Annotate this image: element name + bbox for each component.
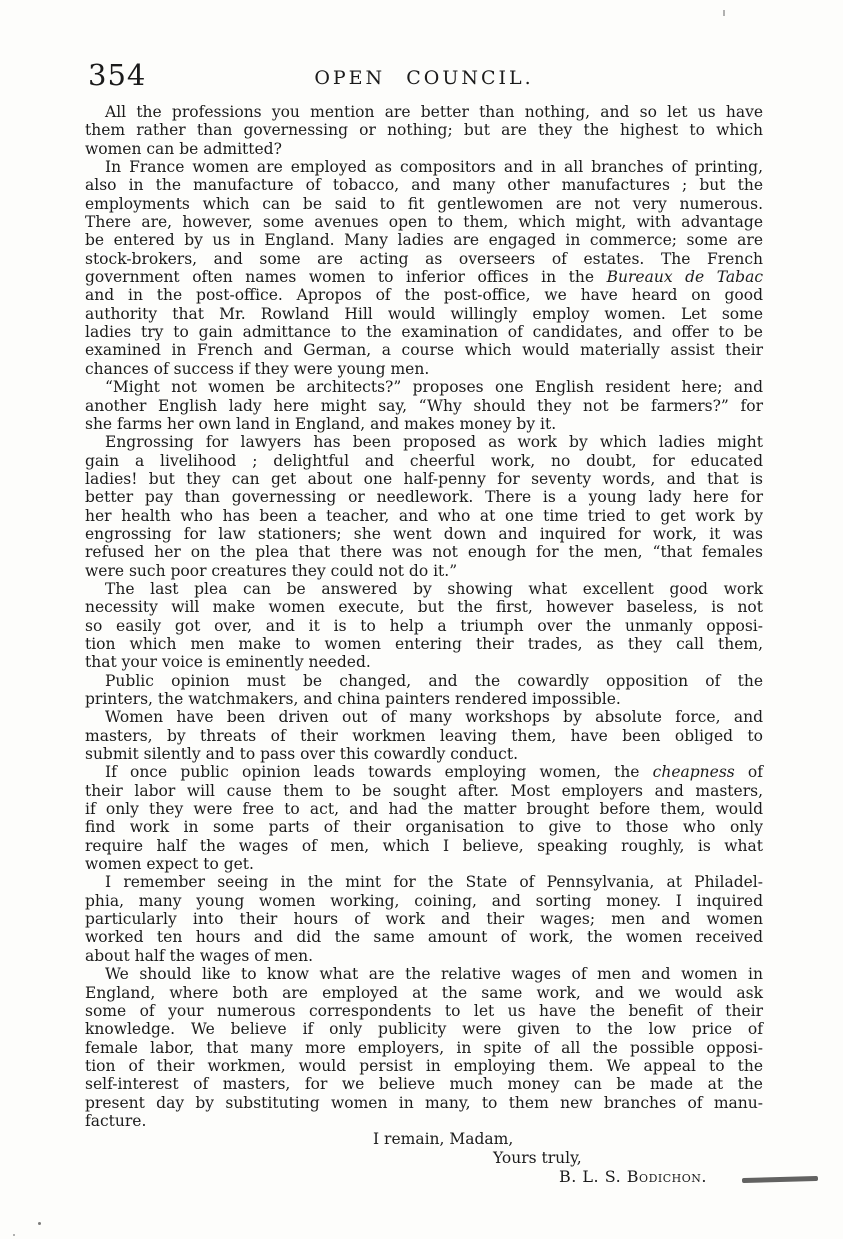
text-line: The last plea can be answered by showing… [85, 580, 763, 598]
paragraph: Engrossing for lawyers has been proposed… [85, 433, 763, 580]
text-line: women expect to get. [85, 855, 763, 873]
text-line: Engrossing for lawyers has been proposed… [85, 433, 763, 451]
text-line: her health who has been a teacher, and w… [85, 507, 763, 525]
text-line: them rather than governessing or nothing… [85, 121, 763, 139]
text-line: submit silently and to pass over this co… [85, 745, 763, 763]
text-line: about half the wages of men. [85, 947, 763, 965]
text-line: and in the post-office. Apropos of the p… [85, 286, 763, 304]
text-line: another English lady here might say, “Wh… [85, 397, 763, 415]
paragraph: Women have been driven out of many works… [85, 708, 763, 763]
text-line: knowledge. We believe if only publicity … [85, 1020, 763, 1038]
text-line: gain a livelihood ; delightful and cheer… [85, 452, 763, 470]
text-line: tion of their workmen, would persist in … [85, 1057, 763, 1075]
text-line: necessity will make women execute, but t… [85, 598, 763, 616]
text-line: masters, by threats of their workmen lea… [85, 727, 763, 745]
text-line: “Might not women be architects?” propose… [85, 378, 763, 396]
text-line: All the professions you mention are bett… [85, 103, 763, 121]
paragraph: I remember seeing in the mint for the St… [85, 873, 763, 965]
text-column: 354 OPEN COUNCIL. All the professions yo… [85, 62, 763, 1187]
text-line: she farms her own land in England, and m… [85, 415, 763, 433]
running-title: OPEN COUNCIL. [85, 62, 763, 90]
page-header: 354 OPEN COUNCIL. [85, 62, 763, 103]
paragraph: The last plea can be answered by showing… [85, 580, 763, 672]
text-line: refused her on the plea that there was n… [85, 543, 763, 561]
paragraph: All the professions you mention are bett… [85, 103, 763, 158]
text-line: Women have been driven out of many works… [85, 708, 763, 726]
text-line: In France women are employed as composit… [85, 158, 763, 176]
text-line: engrossing for law stationers; she went … [85, 525, 763, 543]
text-line: that your voice is eminently needed. [85, 653, 763, 671]
text-line: ladies try to gain admittance to the exa… [85, 323, 763, 341]
text-line: if only they were free to act, and had t… [85, 800, 763, 818]
text-line: stock-brokers, and some are acting as ov… [85, 250, 763, 268]
text-line: women can be admitted? [85, 140, 763, 158]
text-line: self-interest of masters, for we believe… [85, 1075, 763, 1093]
text-line: government often names women to inferior… [85, 268, 763, 286]
text-line: tion which men make to women entering th… [85, 635, 763, 653]
closing-valediction: Yours truly, [85, 1149, 763, 1168]
text-line: authority that Mr. Rowland Hill would wi… [85, 305, 763, 323]
paragraph: If once public opinion leads towards emp… [85, 763, 763, 873]
text-line: facture. [85, 1112, 763, 1130]
text-line: some of your numerous correspondents to … [85, 1002, 763, 1020]
text-line: There are, however, some avenues open to… [85, 213, 763, 231]
text-line: female labor, that many more employers, … [85, 1039, 763, 1057]
text-line: We should like to know what are the rela… [85, 965, 763, 983]
body-paragraphs: All the professions you mention are bett… [85, 103, 763, 1130]
scan-speckle [13, 1234, 15, 1236]
text-line: worked ten hours and did the same amount… [85, 928, 763, 946]
scan-smudge [742, 1176, 818, 1183]
scan-speckle [38, 1222, 41, 1225]
text-line: I remember seeing in the mint for the St… [85, 873, 763, 891]
page-number: 354 [88, 60, 146, 90]
paragraph: We should like to know what are the rela… [85, 965, 763, 1130]
text-line: better pay than governessing or needlewo… [85, 488, 763, 506]
text-line: also in the manufacture of tobacco, and … [85, 176, 763, 194]
text-line: phia, many young women working, coining,… [85, 892, 763, 910]
text-line: so easily got over, and it is to help a … [85, 617, 763, 635]
closing-salutation: I remain, Madam, [85, 1130, 763, 1149]
scan-speckle [723, 10, 725, 16]
scanned-document-page: 354 OPEN COUNCIL. All the professions yo… [0, 0, 843, 1239]
text-line: chances of success if they were young me… [85, 360, 763, 378]
paragraph: In France women are employed as composit… [85, 158, 763, 378]
text-line: printers, the watchmakers, and china pai… [85, 690, 763, 708]
text-line: If once public opinion leads towards emp… [85, 763, 763, 781]
paragraph: Public opinion must be changed, and the … [85, 672, 763, 709]
text-line: England, where both are employed at the … [85, 984, 763, 1002]
text-line: their labor will cause them to be sought… [85, 782, 763, 800]
text-line: be entered by us in England. Many ladies… [85, 231, 763, 249]
text-line: Public opinion must be changed, and the … [85, 672, 763, 690]
paragraph: “Might not women be architects?” propose… [85, 378, 763, 433]
text-line: present day by substituting women in man… [85, 1094, 763, 1112]
text-line: were such poor creatures they could not … [85, 562, 763, 580]
text-line: examined in French and German, a course … [85, 341, 763, 359]
closing-block: I remain, Madam, Yours truly, B. L. S. B… [85, 1130, 763, 1186]
text-line: particularly into their hours of work an… [85, 910, 763, 928]
text-line: find work in some parts of their organis… [85, 818, 763, 836]
text-line: ladies! but they can get about one half-… [85, 470, 763, 488]
signature: B. L. S. Bodichon. [85, 1168, 763, 1187]
text-line: require half the wages of men, which I b… [85, 837, 763, 855]
text-line: employments which can be said to fit gen… [85, 195, 763, 213]
